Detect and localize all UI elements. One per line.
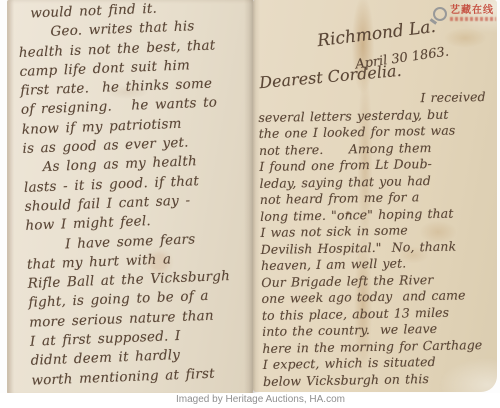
watermark-subtext (450, 17, 496, 21)
watermark-logo: 艺藏在线 (433, 5, 496, 21)
letter-photo: would not find it. Geo. writes that hish… (0, 0, 500, 408)
handwriting-line: below Vicksburgh on this (263, 369, 500, 390)
heading-place: Richmond La. (316, 17, 437, 51)
salutation: Dearest Cordelia. (258, 61, 402, 92)
magnifier-icon (433, 7, 447, 21)
right-page: Richmond La. April 30 1863. Dearest Cord… (253, 0, 497, 392)
photo-credit: Imaged by Heritage Auctions, HA.com (176, 394, 345, 405)
left-page: would not find it. Geo. writes that hish… (7, 0, 253, 396)
page-fold-seam (244, 0, 260, 396)
left-page-text: would not find it. Geo. writes that hish… (17, 0, 266, 391)
watermark-column: 艺藏在线 (450, 5, 496, 21)
watermark-text: 艺藏在线 (450, 5, 496, 16)
right-page-text: I receivedseveral letters yesterday, but… (258, 89, 500, 390)
